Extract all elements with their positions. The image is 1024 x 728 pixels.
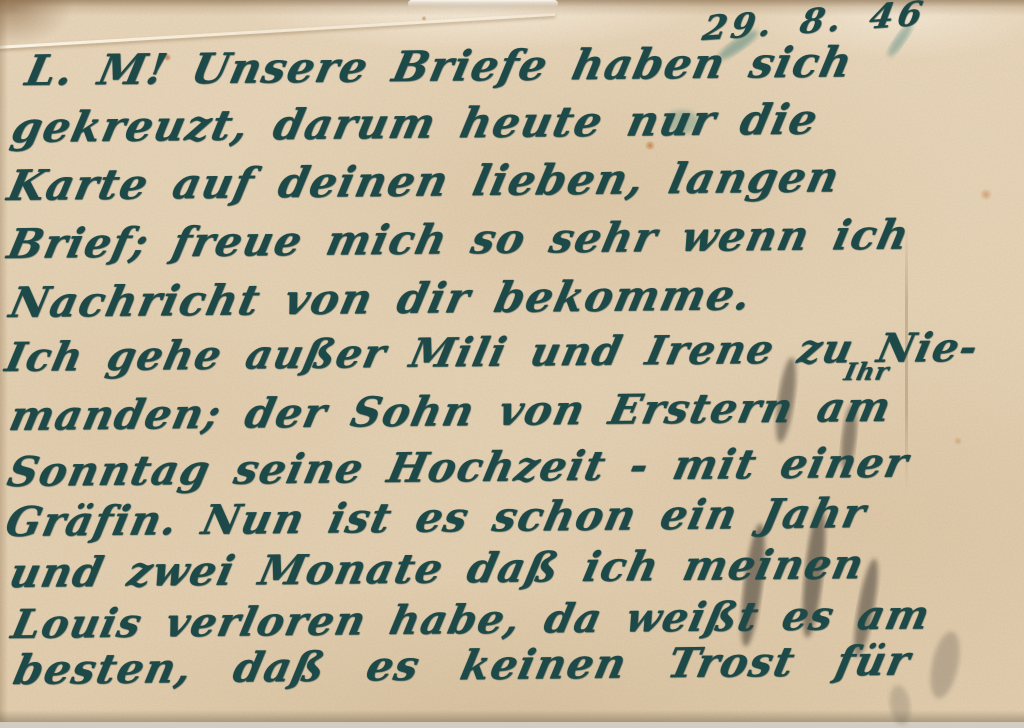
letter-paper: 29. 8. 46 L. M! Unsere Briefe haben sich… bbox=[0, 0, 1024, 728]
handwriting-line-9: Gräfin. Nun ist es schon ein Jahr bbox=[2, 493, 870, 543]
torn-edge-highlight bbox=[408, 0, 558, 7]
handwriting-line-4: Brief; freue mich so sehr wenn ich bbox=[4, 215, 914, 265]
handwriting-line-10: und zwei Monate daß ich meinen bbox=[6, 544, 869, 594]
handwriting-line-6: Ich gehe außer Mili und Irene zu Nie- bbox=[2, 328, 982, 378]
handwriting-line-5: Nachricht von dir bekomme. bbox=[6, 274, 756, 324]
handwriting-line-2: gekreuzt, darum heute nur die bbox=[8, 99, 822, 149]
inserted-word-above-line: Ihr bbox=[842, 360, 892, 384]
handwriting-line-8: Sonntag seine Hochzeit - mit einer bbox=[4, 443, 913, 493]
handwriting-line-7: manden; der Sohn von Erstern am bbox=[6, 387, 896, 437]
handwriting-line-1: L. M! Unsere Briefe haben sich bbox=[22, 41, 857, 92]
scan-edge-strip bbox=[0, 722, 1024, 728]
rust-stain bbox=[953, 437, 963, 445]
handwriting-line-3: Karte auf deinen lieben, langen bbox=[4, 156, 844, 207]
handwriting-line-12: besten, daß es keinen Trost für bbox=[10, 641, 915, 691]
bottom-edge-shadow bbox=[0, 710, 1024, 722]
rust-stain bbox=[979, 189, 993, 200]
